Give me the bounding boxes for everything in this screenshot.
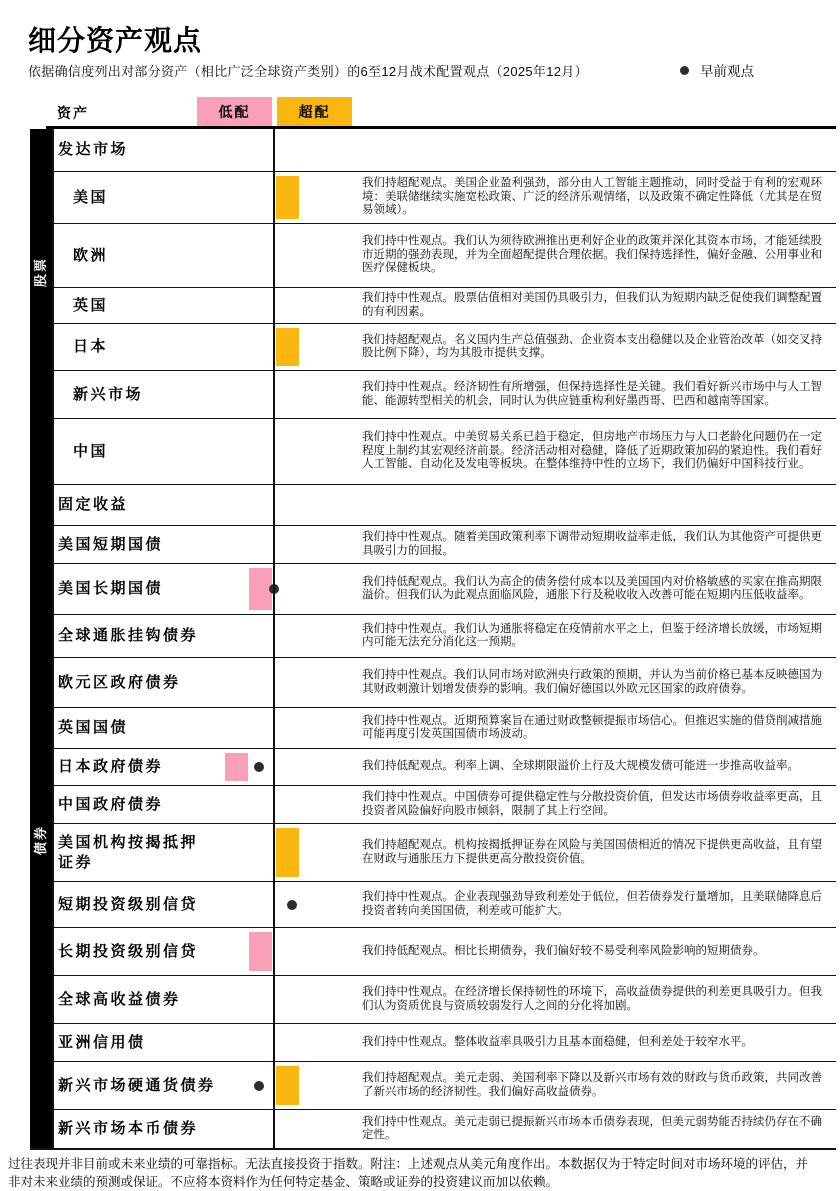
asset-row: 美国我们持超配观点。美国企业盈利强劲，部分由人工智能主题推动，同时受益于有利的宏… [30, 172, 836, 224]
prior-view-legend: 早前观点 [680, 60, 754, 80]
report-page: 细分资产观点 依据确信度列出对部分资产（相比广泛全球资产类别）的6至12月战术配… [0, 0, 840, 1191]
asset-commentary: 我们持中性观点。我们认为须待欧洲推出更利好企业的政策并深化其资本市场，才能延续股… [362, 231, 836, 279]
asset-commentary: 我们持中性观点。我们认同市场对欧洲央行政策的预期，并认为当前价格已基本反映德国为… [362, 665, 836, 700]
column-header-overweight: 超配 [277, 97, 352, 126]
asset-name: 亚洲信用债 [30, 1029, 273, 1057]
section-title: 固定收益 [30, 491, 273, 519]
prior-view-dot-icon [254, 1081, 264, 1091]
asset-row: 新兴市场本币债券我们持中性观点。美元走弱已提振新兴市场本币债券表现，但美元弱势能… [30, 1110, 836, 1148]
asset-row: 短期投资级别信贷我们持中性观点。企业表现强劲导致利差处于低位，但若债券发行量增加… [30, 882, 836, 928]
asset-commentary: 我们持中性观点。在经济增长保持韧性的环境下，高收益债券提供的利差更具吸引力。但我… [362, 982, 836, 1017]
asset-row: 新兴市场我们持中性观点。经济韧性有所增强，但保持选择性是关键。我们看好新兴市场中… [30, 371, 836, 419]
table-left-border-line [52, 129, 54, 1148]
column-header-underweight: 低配 [197, 97, 272, 126]
asset-row: 日本政府债券我们持低配观点。利率上调、全球期限溢价上行及大规模发债可能进一步推高… [30, 749, 836, 786]
table-rows: 发达市场美国我们持超配观点。美国企业盈利强劲，部分由人工智能主题推动，同时受益于… [30, 129, 836, 1148]
asset-name: 美国机构按揭抵押 证券 [30, 829, 273, 876]
asset-name: 新兴市场硬通货债券 [30, 1072, 273, 1100]
bonds-section-label: 债券 [30, 818, 52, 862]
asset-row: 全球通胀挂钩债券我们持中性观点。我们认为通胀将稳定在疫情前水平之上，但鉴于经济增… [30, 615, 836, 658]
asset-name: 全球高收益债券 [30, 986, 273, 1014]
asset-commentary: 我们持超配观点。美国企业盈利强劲，部分由人工智能主题推动，同时受益于有利的宏观环… [362, 173, 836, 221]
asset-row: 英国我们持中性观点。股票估值相对美国仍具吸引力，但我们认为短期内缺乏促使我们调整… [30, 288, 836, 324]
section-header-row: 发达市场 [30, 129, 836, 172]
asset-name: 美国短期国债 [30, 531, 273, 559]
asset-commentary: 我们持超配观点。美元走弱、美国利率下降以及新兴市场有效的财政与货币政策，共同改善… [362, 1068, 836, 1103]
asset-commentary: 我们持中性观点。中国债券可提供稳定性与分散投资价值，但发达市场债券收益率更高，且… [362, 787, 836, 822]
page-title: 细分资产观点 [28, 19, 202, 59]
equities-section-label: 股票 [30, 250, 52, 294]
asset-commentary: 我们持低配观点。相比长期债券，我们偏好较不易受利率风险影响的短期债券。 [362, 941, 836, 962]
asset-commentary: 我们持中性观点。我们认为通胀将稳定在疫情前水平之上，但鉴于经济增长放缓，市场短期… [362, 619, 836, 654]
asset-row: 英国国债我们持中性观点。近期预算案旨在通过财政整顿提振市场信心。但推迟实施的借贷… [30, 708, 836, 749]
asset-name: 长期投资级别信贷 [30, 938, 273, 966]
asset-commentary: 我们持低配观点。我们认为高企的债务偿付成本以及美国国内对价格敏感的买家在推高期限… [362, 572, 836, 607]
asset-commentary: 我们持低配观点。利率上调、全球期限溢价上行及大规模发债可能进一步推高收益率。 [362, 756, 836, 777]
asset-name: 中国政府债券 [30, 791, 273, 819]
asset-commentary: 我们持超配观点。机构按揭抵押证券在风险与美国国债相近的情况下提供更高收益，且有望… [362, 835, 836, 870]
asset-row: 欧元区政府债券我们持中性观点。我们认同市场对欧洲央行政策的预期，并认为当前价格已… [30, 658, 836, 708]
asset-row: 美国长期国债我们持低配观点。我们认为高企的债务偿付成本以及美国国内对价格敏感的买… [30, 564, 836, 615]
prior-view-dot-icon [254, 762, 264, 772]
asset-name: 欧洲 [30, 242, 273, 270]
overweight-bar [276, 176, 299, 219]
overweight-bar [276, 1066, 299, 1105]
asset-commentary: 我们持中性观点。整体收益率具吸引力且基本面稳健，但利差处于较窄水平。 [362, 1032, 836, 1053]
underweight-bar [225, 753, 248, 781]
asset-name: 全球通胀挂钩债券 [30, 622, 273, 650]
asset-name: 中国 [30, 438, 273, 466]
footer-disclaimer: 过往表现并非目前或未来业绩的可靠指标。无法直接投资于指数。附注：上述观点从美元角… [8, 1155, 814, 1191]
overweight-bar [276, 328, 299, 366]
asset-commentary: 我们持中性观点。股票估值相对美国仍具吸引力，但我们认为短期内缺乏促使我们调整配置… [362, 288, 836, 323]
asset-commentary: 我们持中性观点。企业表现强劲导致利差处于低位，但若债券发行量增加，且美联储降息后… [362, 887, 836, 922]
asset-row: 长期投资级别信贷我们持低配观点。相比长期债券，我们偏好较不易受利率风险影响的短期… [30, 928, 836, 976]
asset-name: 英国 [30, 292, 273, 320]
column-header-asset: 资产 [57, 103, 89, 123]
section-sidebar: 股票 债券 [30, 129, 52, 1148]
prior-view-dot-icon [680, 66, 689, 75]
asset-commentary: 我们持中性观点。近期预算案旨在通过财政整顿提振市场信心。但推迟实施的借贷削减措施… [362, 711, 836, 746]
prior-view-dot-icon [287, 900, 297, 910]
asset-commentary: 我们持中性观点。中美贸易关系已趋于稳定，但房地产市场压力与人口老龄化问题仍在一定… [362, 427, 836, 475]
prior-view-legend-label: 早前观点 [700, 60, 754, 80]
overweight-bar [276, 828, 299, 877]
asset-name: 美国长期国债 [30, 575, 273, 603]
asset-commentary: 我们持超配观点。名义国内生产总值强劲、企业资本支出稳健以及企业管治改革（如交叉持… [362, 330, 836, 365]
neutral-axis-line [273, 129, 275, 1148]
asset-name: 美国 [30, 184, 273, 212]
asset-row: 美国机构按揭抵押 证券我们持超配观点。机构按揭抵押证券在风险与美国国债相近的情况… [30, 824, 836, 882]
asset-name: 新兴市场 [30, 381, 273, 409]
asset-commentary: 我们持中性观点。美元走弱已提振新兴市场本币债券表现，但美元弱势能否持续仍存在不确… [362, 1112, 836, 1147]
asset-row: 中国政府债券我们持中性观点。中国债券可提供稳定性与分散投资价值，但发达市场债券收… [30, 786, 836, 824]
asset-row: 美国短期国债我们持中性观点。随着美国政策利率下调带动短期收益率走低，我们认为其他… [30, 526, 836, 564]
asset-name: 日本 [30, 333, 273, 361]
asset-name: 英国国债 [30, 714, 273, 742]
asset-name: 新兴市场本币债券 [30, 1115, 273, 1143]
asset-views-table: 发达市场美国我们持超配观点。美国企业盈利强劲，部分由人工智能主题推动，同时受益于… [30, 129, 836, 1150]
asset-commentary: 我们持中性观点。经济韧性有所增强，但保持选择性是关键。我们看好新兴市场中与人工智… [362, 377, 836, 412]
asset-row: 中国我们持中性观点。中美贸易关系已趋于稳定，但房地产市场压力与人口老龄化问题仍在… [30, 419, 836, 485]
page-subtitle: 依据确信度列出对部分资产（相比广泛全球资产类别）的6至12月战术配置观点（202… [28, 61, 588, 80]
section-title: 发达市场 [30, 136, 273, 164]
underweight-bar [249, 932, 272, 971]
asset-row: 欧洲我们持中性观点。我们认为须待欧洲推出更利好企业的政策并深化其资本市场，才能延… [30, 224, 836, 288]
asset-commentary: 我们持中性观点。随着美国政策利率下调带动短期收益率走低，我们认为其他资产可提供更… [362, 527, 836, 562]
asset-row: 全球高收益债券我们持中性观点。在经济增长保持韧性的环境下，高收益债券提供的利差更… [30, 976, 836, 1024]
asset-name: 欧元区政府债券 [30, 669, 273, 697]
asset-row: 日本我们持超配观点。名义国内生产总值强劲、企业资本支出稳健以及企业管治改革（如交… [30, 324, 836, 371]
asset-name: 短期投资级别信贷 [30, 891, 273, 919]
asset-row: 新兴市场硬通货债券我们持超配观点。美元走弱、美国利率下降以及新兴市场有效的财政与… [30, 1062, 836, 1110]
section-header-row: 固定收益 [30, 485, 836, 526]
asset-row: 亚洲信用债我们持中性观点。整体收益率具吸引力且基本面稳健，但利差处于较窄水平。 [30, 1024, 836, 1062]
